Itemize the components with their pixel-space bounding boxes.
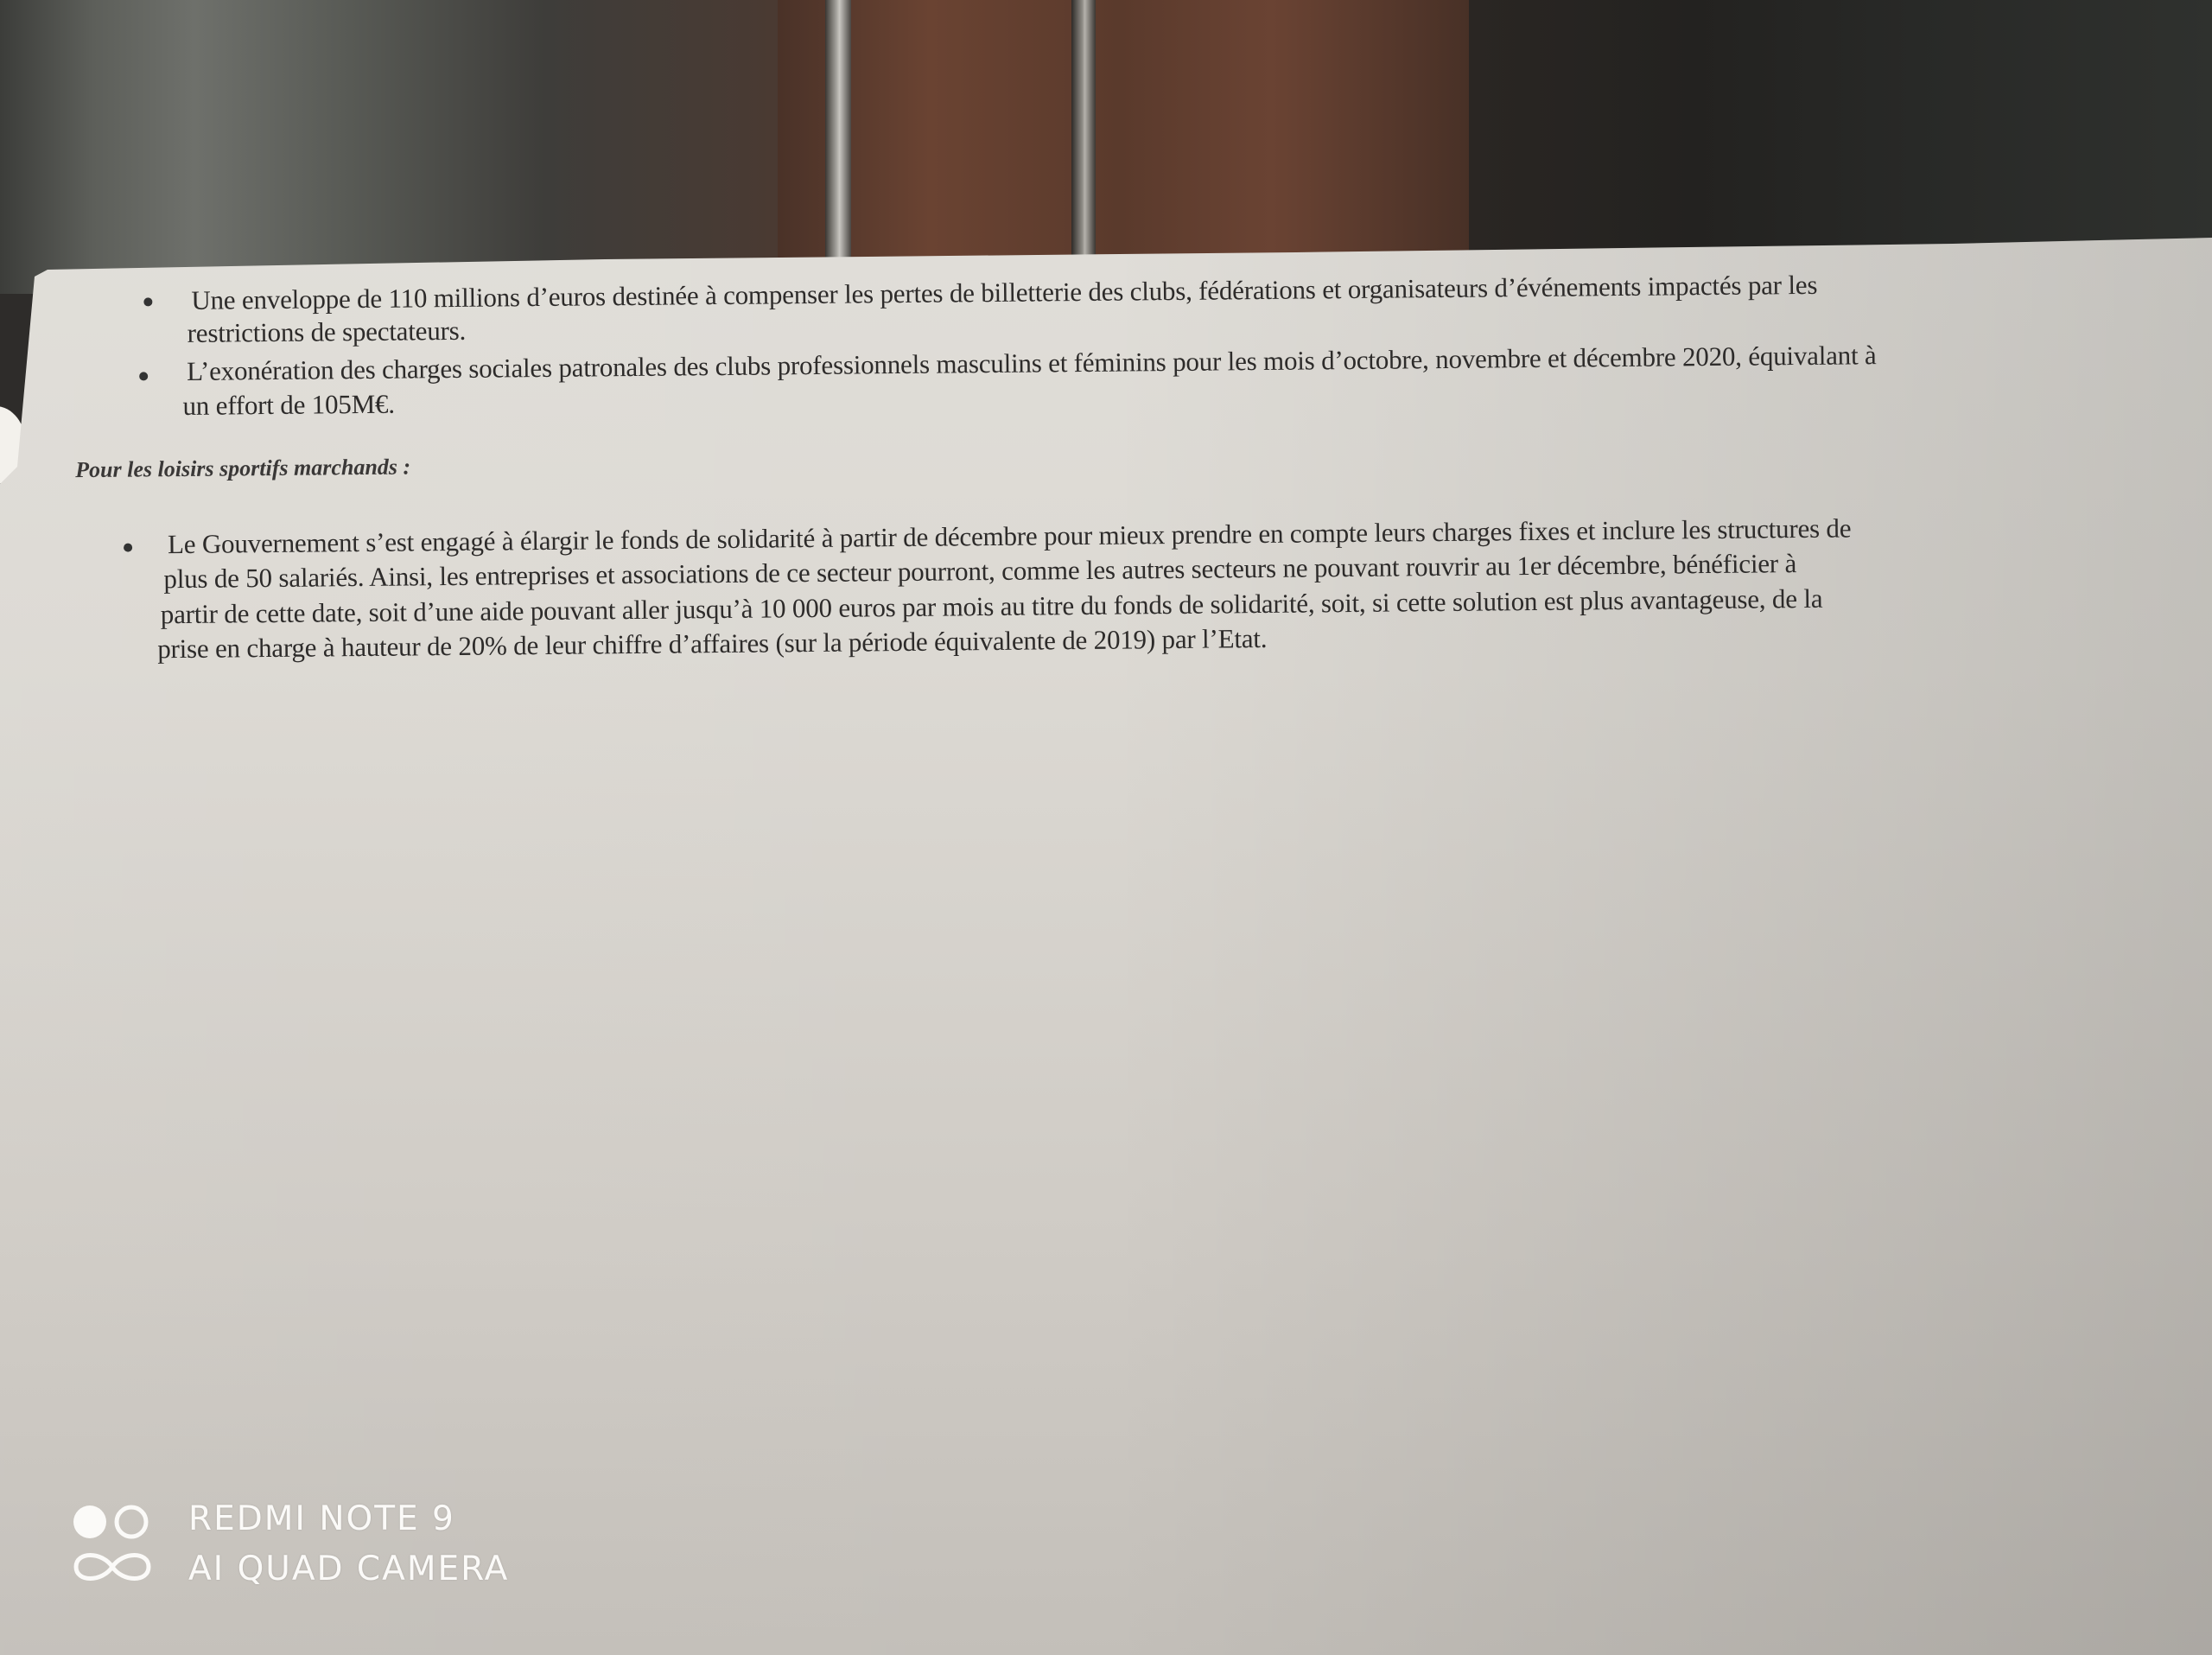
watermark-camera: AI QUAD CAMERA (188, 1550, 509, 1588)
quad-camera-logo-icon (69, 1499, 156, 1586)
bullet-text-line: restrictions de spectateurs. (188, 314, 467, 351)
section-heading: Pour les loisirs sportifs marchands : (75, 454, 410, 483)
bullet-icon (124, 544, 132, 552)
bullet-text-line: Une enveloppe de 110 millions d’euros de… (191, 268, 1817, 318)
bullet-text-line: un effort de 105M€. (182, 387, 395, 423)
watermark-model: REDMI NOTE 9 (188, 1499, 455, 1538)
bullet-icon (139, 372, 148, 380)
document-text: Une enveloppe de 110 millions d’euros de… (0, 0, 2212, 1655)
bullet-icon (143, 297, 152, 306)
